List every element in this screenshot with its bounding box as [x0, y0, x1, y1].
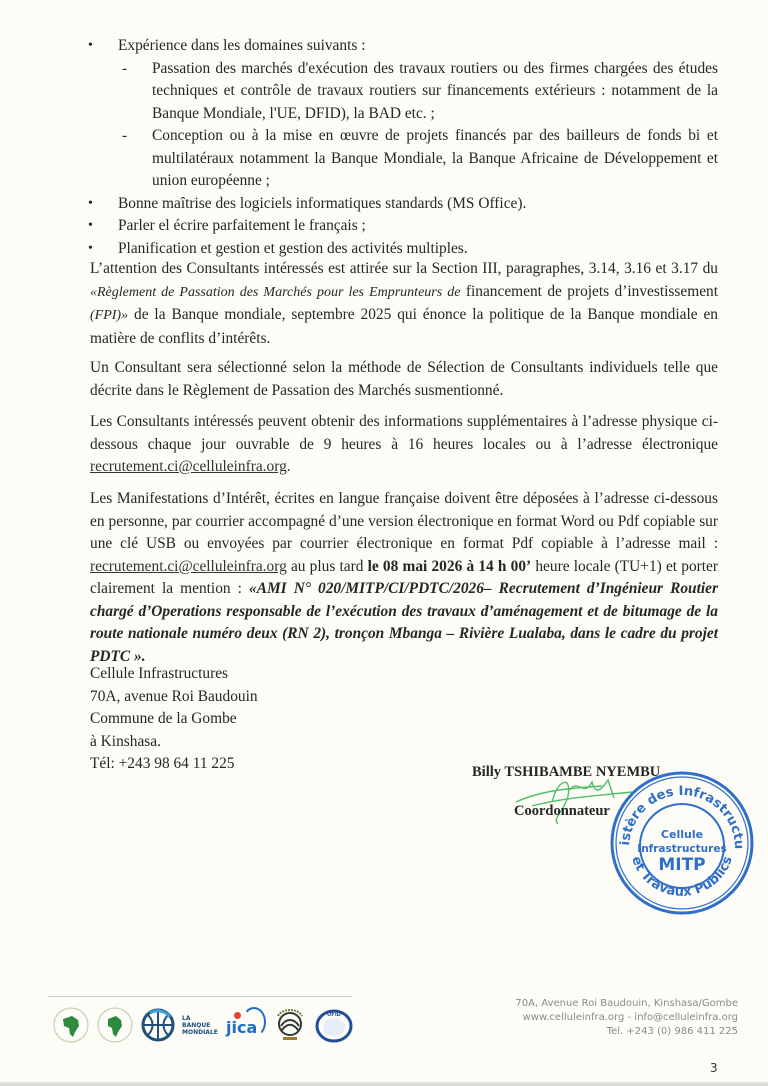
footer-contact: 70A, Avenue Roi Baudouin, Kinshasa/Gombe…	[515, 997, 738, 1039]
partner-logos: LA BANQUE MONDIALE JICA OFID	[52, 1003, 354, 1047]
world-bank-globe-icon	[140, 1007, 176, 1043]
address-line: à Kinshasa.	[90, 731, 258, 754]
list-item: Bonne maîtrise des logiciels informatiqu…	[88, 193, 718, 216]
text-span: L’attention des Consultants intéressés e…	[90, 260, 718, 277]
address-line: Cellule Infrastructures	[90, 663, 258, 686]
regulation-title: «Règlement de Passation des Marchés pour…	[90, 285, 460, 300]
address-line: 70A, avenue Roi Baudouin	[90, 686, 258, 709]
badea-logo-icon	[272, 1006, 308, 1044]
footer-divider	[48, 996, 352, 997]
page-bottom-edge	[0, 1082, 768, 1086]
address-block: Cellule Infrastructures 70A, avenue Roi …	[90, 663, 258, 776]
experience-label: Expérience dans les domaines suivants :	[118, 37, 365, 54]
footer-web-email[interactable]: www.celluleinfra.org - info@celluleinfra…	[515, 1011, 738, 1025]
svg-text:OFID: OFID	[327, 1012, 341, 1018]
email-link[interactable]: recrutement.ci@celluleinfra.org	[90, 558, 287, 575]
text-span: Les Manifestations d’Intérêt, écrites en…	[90, 490, 718, 552]
address-line: Tél: +243 98 64 11 225	[90, 753, 258, 776]
text-span: MONDIALE	[182, 1029, 216, 1036]
info-paragraph: Les Consultants intéressés peuvent obten…	[90, 411, 718, 479]
list-item: Expérience dans les domaines suivants : …	[88, 35, 718, 193]
world-bank-label: LA BANQUE MONDIALE	[182, 1015, 216, 1036]
document-page: Expérience dans les domaines suivants : …	[0, 0, 768, 1086]
submission-paragraph: Les Manifestations d’Intérêt, écrites en…	[90, 488, 718, 668]
requirements-list: Expérience dans les domaines suivants : …	[88, 35, 718, 260]
selection-paragraph: Un Consultant sera sélectionné selon la …	[90, 357, 718, 402]
text-span: Les Consultants intéressés peuvent obten…	[90, 413, 718, 453]
email-link[interactable]: recrutement.ci@celluleinfra.org	[90, 458, 287, 475]
deadline: le 08 mai 2026 à 14 h 00’	[368, 558, 532, 575]
attention-paragraph: L’attention des Consultants intéressés e…	[90, 258, 718, 350]
text-span: .	[287, 458, 291, 475]
svg-text:MITP: MITP	[658, 855, 705, 875]
text-span: au plus tard	[287, 558, 368, 575]
fad-logo-icon	[96, 1006, 134, 1044]
list-item: Planification et gestion et gestion des …	[88, 238, 718, 261]
footer-address: 70A, Avenue Roi Baudouin, Kinshasa/Gombe	[515, 997, 738, 1011]
list-item: Conception ou à la mise en œuvre de proj…	[118, 125, 718, 193]
jica-arc-icon	[242, 1007, 266, 1037]
regulation-abbrev: (FPI)»	[90, 308, 128, 323]
list-item: Passation des marchés d'exécution des tr…	[118, 58, 718, 126]
signatory-title: Coordonnateur	[514, 800, 610, 823]
text-span: LA BANQUE	[182, 1015, 216, 1029]
text-span: financement de projets d’investissement	[460, 283, 718, 300]
footer-phone: Tel. +243 (0) 986 411 225	[515, 1025, 738, 1039]
text-span: de la Banque mondiale, septembre 2025 qu…	[90, 306, 718, 347]
official-stamp-icon: Ministère des Infrastructures et Travaux…	[607, 768, 757, 918]
svg-text:Infrastructures: Infrastructures	[637, 843, 726, 855]
experience-sublist: Passation des marchés d'exécution des tr…	[118, 58, 718, 193]
address-line: Commune de la Gombe	[90, 708, 258, 731]
jica-logo: JICA	[222, 1006, 266, 1044]
ofid-logo-icon: OFID	[314, 1006, 354, 1044]
bad-logo-icon	[52, 1006, 90, 1044]
svg-text:Cellule: Cellule	[661, 828, 703, 841]
list-item: Parler el écrire parfaitement le françai…	[88, 215, 718, 238]
page-number: 3	[710, 1061, 718, 1075]
